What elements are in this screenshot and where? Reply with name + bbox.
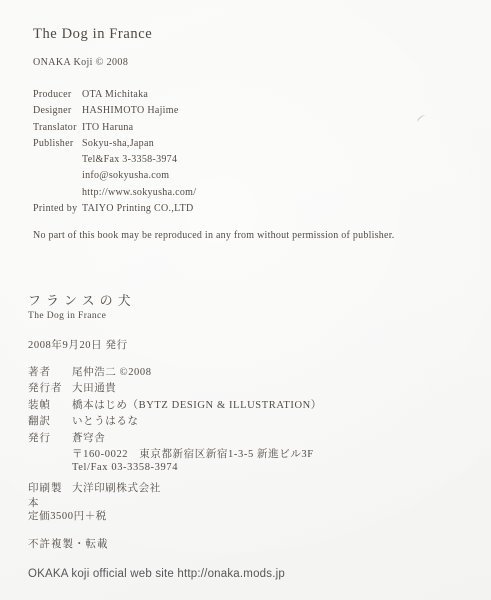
credit-row: 著者 尾仲浩二 ©2008 [28,364,322,380]
credit-row: 〒160-0022 東京都新宿区新宿1-3-5 新進ビル3F [28,446,322,462]
credit-row: Designer HASHIMOTO Hajime [33,105,196,121]
credit-value: 尾仲浩二 ©2008 [72,364,152,379]
credit-row: http://www.sokyusha.com/ [33,187,196,203]
credit-value: ITO Haruna [82,122,133,133]
credit-row: info@sokyusha.com [33,170,196,186]
credit-label: 発行 [28,430,72,445]
credit-value: 大田通貴 [72,380,116,395]
credit-row: Producer OTA Michitaka [33,89,196,105]
credit-value: 〒160-0022 東京都新宿区新宿1-3-5 新進ビル3F [72,446,314,461]
jp-subtitle: The Dog in France [28,311,106,321]
credit-row: 発行 蒼穹舎 [28,430,322,446]
english-credits: Producer OTA Michitaka Designer HASHIMOT… [33,89,196,203]
credit-row: 発行者 大田通貴 [28,380,322,396]
credit-value: 蒼穹舎 [72,430,105,445]
credit-value: Sokyu-sha,Japan [82,138,154,149]
credit-value: いとうはるな [72,413,139,428]
credit-value: http://www.sokyusha.com/ [82,187,196,198]
page-title: The Dog in France [33,26,152,43]
printed-by-value: TAIYO Printing CO.,LTD [82,203,194,214]
price-line: 定価3500円＋税 [28,508,107,523]
jp-title: フランスの犬 [28,290,136,309]
credit-row: Tel/Fax 03-3358-3974 [28,462,322,478]
credit-value: info@sokyusha.com [82,170,169,181]
reproduction-notice: No part of this book may be reproduced i… [33,230,395,241]
publication-date: 2008年9月20日 発行 [28,337,128,352]
printing-label: 印刷製本 [28,480,72,510]
printing-value: 大洋印刷株式会社 [72,480,161,510]
credit-label: 翻訳 [28,413,72,428]
credit-label: 装幀 [28,397,72,412]
scan-speck [416,114,430,124]
credit-label: Designer [33,105,82,116]
official-website-line: OKAKA koji official web site http://onak… [28,568,285,580]
credit-value: 橋本はじめ（BYTZ DESIGN & ILLUSTRATION） [72,397,322,412]
printed-by-label: Printed by [33,203,82,214]
credit-label: 著者 [28,364,72,379]
credit-label: Publisher [33,138,82,149]
credit-label: 発行者 [28,380,72,395]
book-colophon-page: The Dog in France ONAKA Koji © 2008 Prod… [0,0,491,600]
credit-label: Producer [33,89,82,100]
credit-row: 翻訳 いとうはるな [28,413,322,429]
credit-row: 装幀 橋本はじめ（BYTZ DESIGN & ILLUSTRATION） [28,397,322,413]
credit-row: Publisher Sokyu-sha,Japan [33,138,196,154]
printed-by-row: Printed by TAIYO Printing CO.,LTD [33,203,194,214]
credit-value: Tel/Fax 03-3358-3974 [72,462,178,473]
credit-row: Translator ITO Haruna [33,122,196,138]
credit-label: Translator [33,122,82,133]
credit-value: Tel&Fax 3-3358-3974 [82,154,177,165]
printing-row: 印刷製本 大洋印刷株式会社 [28,480,161,510]
rights-line: 不許複製・転載 [28,536,109,551]
credit-value: HASHIMOTO Hajime [82,105,179,116]
credit-value: OTA Michitaka [82,89,148,100]
credit-row: Tel&Fax 3-3358-3974 [33,154,196,170]
copyright-line: ONAKA Koji © 2008 [33,57,128,68]
japanese-credits: 著者 尾仲浩二 ©2008 発行者 大田通貴 装幀 橋本はじめ（BYTZ DES… [28,364,322,479]
